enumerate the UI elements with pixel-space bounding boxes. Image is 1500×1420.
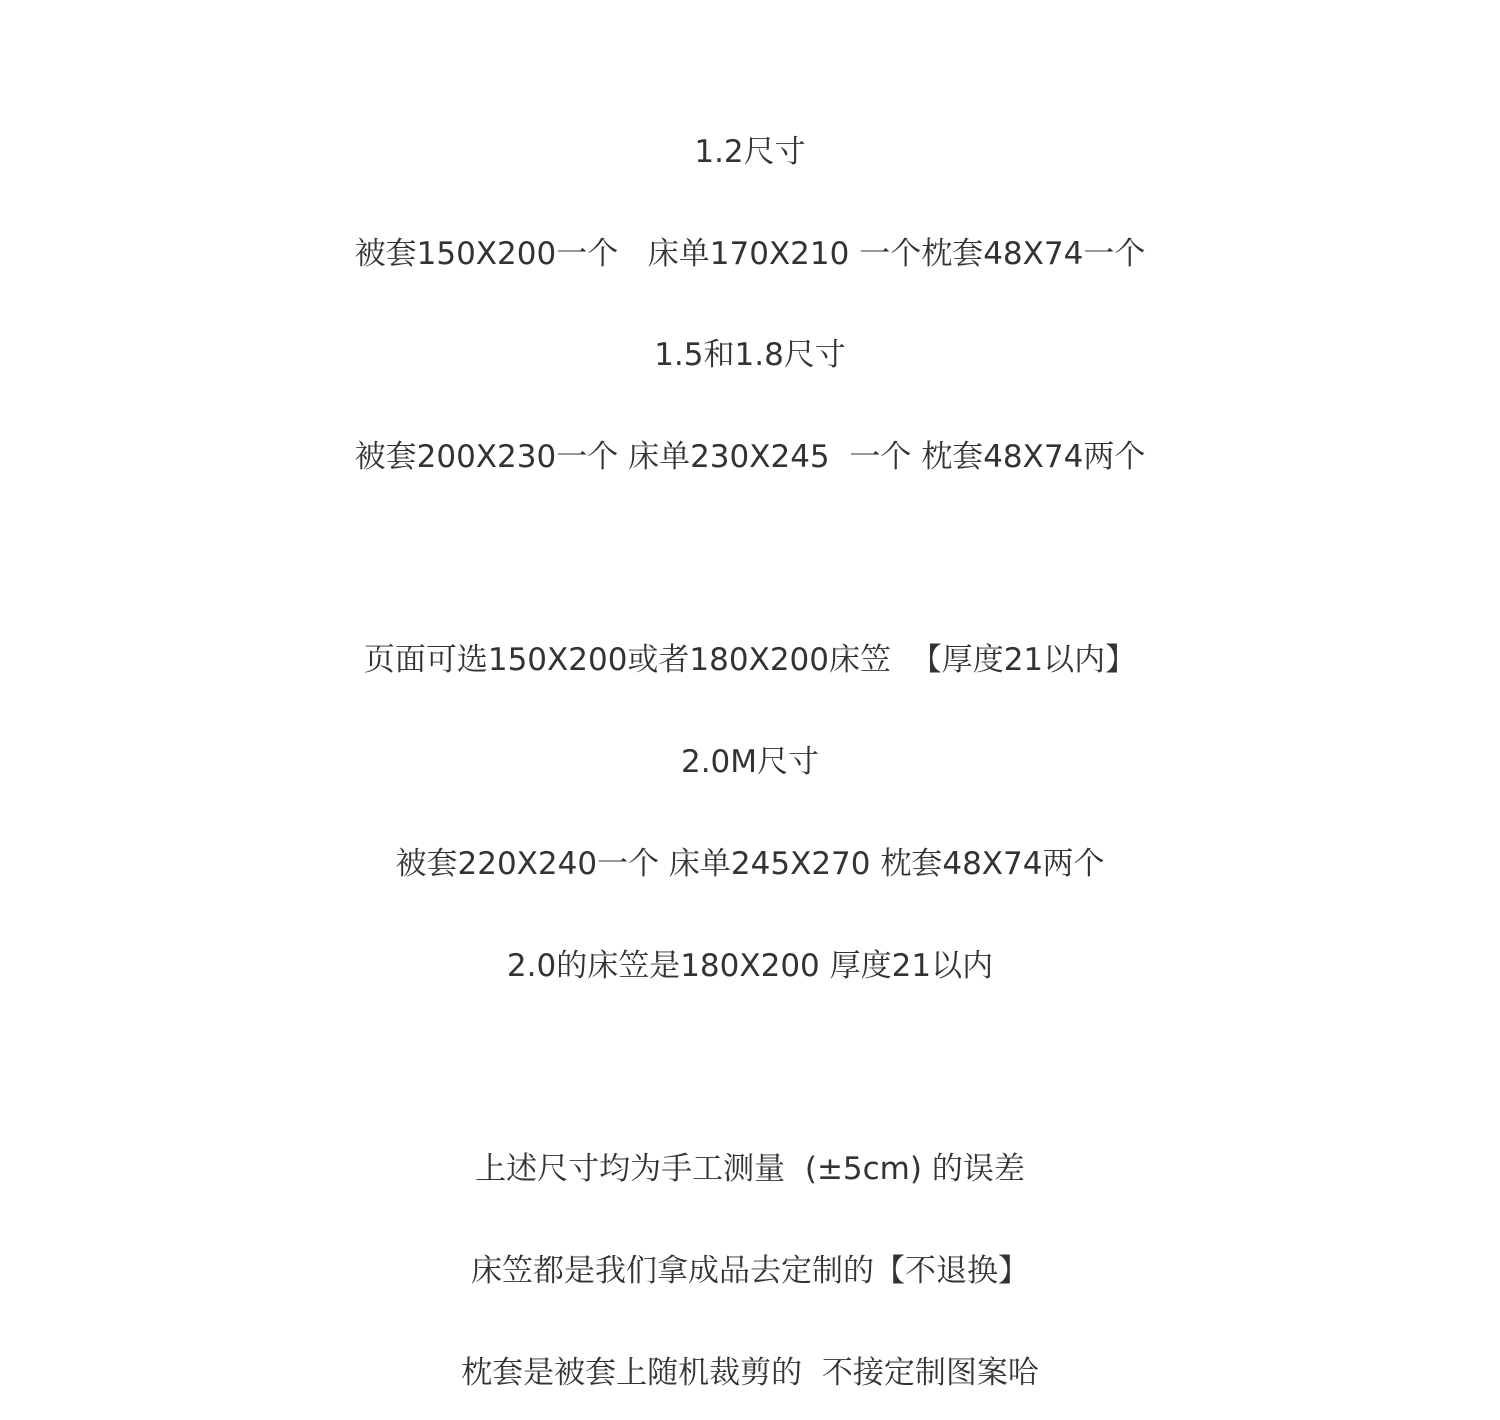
measurement-tolerance-note: 上述尺寸均为手工测量 (±5cm) 的误差 — [0, 1149, 1500, 1189]
heading-size-1-5-1-8m: 1.5和1.8尺寸 — [0, 335, 1500, 375]
fitted-sheet-option-note: 页面可选150X200或者180X200床笠 【厚度21以内】 — [0, 640, 1500, 680]
pillowcase-pattern-note: 枕套是被套上随机裁剪的 不接定制图案哈 — [0, 1353, 1500, 1393]
fitted-sheet-2-0m-note: 2.0的床笠是180X200 厚度21以内 — [0, 946, 1500, 986]
heading-size-1-2m: 1.2尺寸 — [0, 132, 1500, 172]
heading-size-2-0m: 2.0M尺寸 — [0, 742, 1500, 782]
spec-line-1-5-1-8m: 被套200X230一个 床单230X245 一个 枕套48X74两个 — [0, 437, 1500, 477]
spec-line-1-2m: 被套150X200一个 床单170X210 一个枕套48X74一个 — [0, 234, 1500, 274]
spec-line-2-0m: 被套220X240一个 床单245X270 枕套48X74两个 — [0, 844, 1500, 884]
no-return-note: 床笠都是我们拿成品去定制的【不退换】 — [0, 1251, 1500, 1291]
